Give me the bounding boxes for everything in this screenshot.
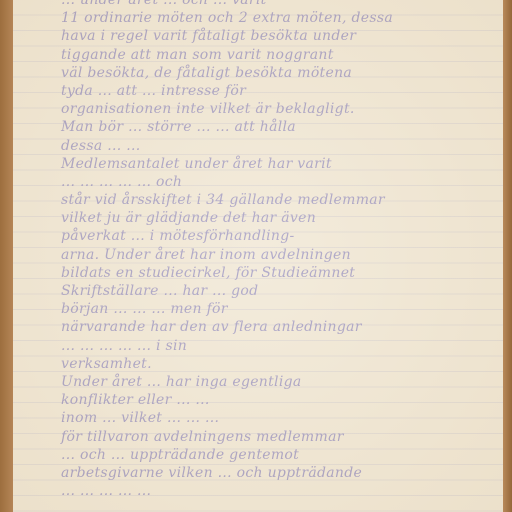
text-line: inom ... vilket ... ... ... — [61, 409, 493, 427]
text-line: ... och ... uppträdande gentemot — [61, 446, 493, 464]
handwritten-text-body: ... under året ... och ... varit 11 ordi… — [61, 0, 493, 500]
text-line: påverkat ... i mötesförhandling- — [61, 227, 493, 245]
text-line: 11 ordinarie möten och 2 extra möten, de… — [61, 9, 493, 27]
text-line: väl besökta, de fåtaligt besökta mötena — [61, 64, 493, 82]
text-line: dessa ... ... — [61, 137, 493, 155]
text-line: ... ... ... ... ... — [61, 482, 493, 500]
text-line: början ... ... ... men för — [61, 300, 493, 318]
text-line: verksamhet. — [61, 355, 493, 373]
text-line: bildats en studiecirkel, för Studieämnet — [61, 264, 493, 282]
text-line: hava i regel varit fåtaligt besökta unde… — [61, 27, 493, 45]
text-line: organisationen inte vilket är beklagligt… — [61, 100, 493, 118]
text-line: Man bör ... större ... ... att hålla — [61, 118, 493, 136]
text-line: ... under året ... och ... varit — [61, 0, 493, 9]
text-line: Skriftställare ... har ... god — [61, 282, 493, 300]
text-line: ... ... ... ... ... i sin — [61, 337, 493, 355]
text-line: tiggande att man som varit noggrant — [61, 46, 493, 64]
text-line: ... ... ... ... ... och — [61, 173, 493, 191]
text-line: konflikter eller ... ... — [61, 391, 493, 409]
scan-border-left — [0, 0, 13, 512]
text-line: Medlemsantalet under året har varit — [61, 155, 493, 173]
text-line: närvarande har den av flera anledningar — [61, 318, 493, 336]
text-line: för tillvaron avdelningens medlemmar — [61, 428, 493, 446]
document-page: ... under året ... och ... varit 11 ordi… — [13, 0, 503, 512]
text-line: arna. Under året har inom avdelningen — [61, 246, 493, 264]
text-line: står vid årsskiftet i 34 gällande medlem… — [61, 191, 493, 209]
text-line: Under året ... har inga egentliga — [61, 373, 493, 391]
text-line: tyda ... att ... intresse för — [61, 82, 493, 100]
text-line: vilket ju är glädjande det har även — [61, 209, 493, 227]
scan-border-right — [503, 0, 512, 512]
text-line: arbetsgivarne vilken ... och uppträdande — [61, 464, 493, 482]
